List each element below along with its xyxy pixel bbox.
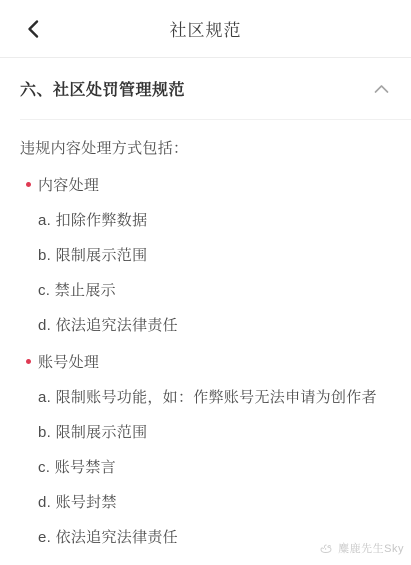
page-title: 社区规范 xyxy=(170,16,242,41)
deer-doodle-icon xyxy=(319,542,335,555)
bullet-group-content: 内容处理 xyxy=(0,167,411,202)
list-item: a. 限制账号功能，如：作弊账号无法申请为创作者 xyxy=(0,379,411,414)
bullet-group-account: 账号处理 xyxy=(0,344,411,379)
list-item: d. 依法追究法律责任 xyxy=(0,307,411,342)
list-item: b. 限制展示范围 xyxy=(0,237,411,272)
list-item: a. 扣除作弊数据 xyxy=(0,202,411,237)
list-item: d. 账号封禁 xyxy=(0,484,411,519)
back-button[interactable] xyxy=(12,0,56,57)
navbar: 社区规范 xyxy=(0,0,411,57)
intro-text: 违规内容处理方式包括： xyxy=(0,130,411,165)
bullet-dot-icon xyxy=(26,359,31,364)
watermark-text: 麋鹿先生Sky xyxy=(338,540,404,556)
chevron-left-icon xyxy=(24,19,44,39)
chevron-up-icon[interactable] xyxy=(371,79,391,99)
list-item: c. 账号禁言 xyxy=(0,449,411,484)
bullet-dot-icon xyxy=(26,182,31,187)
bullet-group-label: 内容处理 xyxy=(38,174,99,195)
watermark: 麋鹿先生Sky xyxy=(319,540,404,556)
section-title: 六、社区处罚管理规范 xyxy=(20,77,185,100)
list-item: c. 禁止展示 xyxy=(0,272,411,307)
section-header[interactable]: 六、社区处罚管理规范 xyxy=(0,58,411,119)
list-item: b. 限制展示范围 xyxy=(0,414,411,449)
bullet-group-label: 账号处理 xyxy=(38,351,99,372)
section-body: 违规内容处理方式包括： 内容处理 a. 扣除作弊数据 b. 限制展示范围 c. … xyxy=(0,120,411,554)
